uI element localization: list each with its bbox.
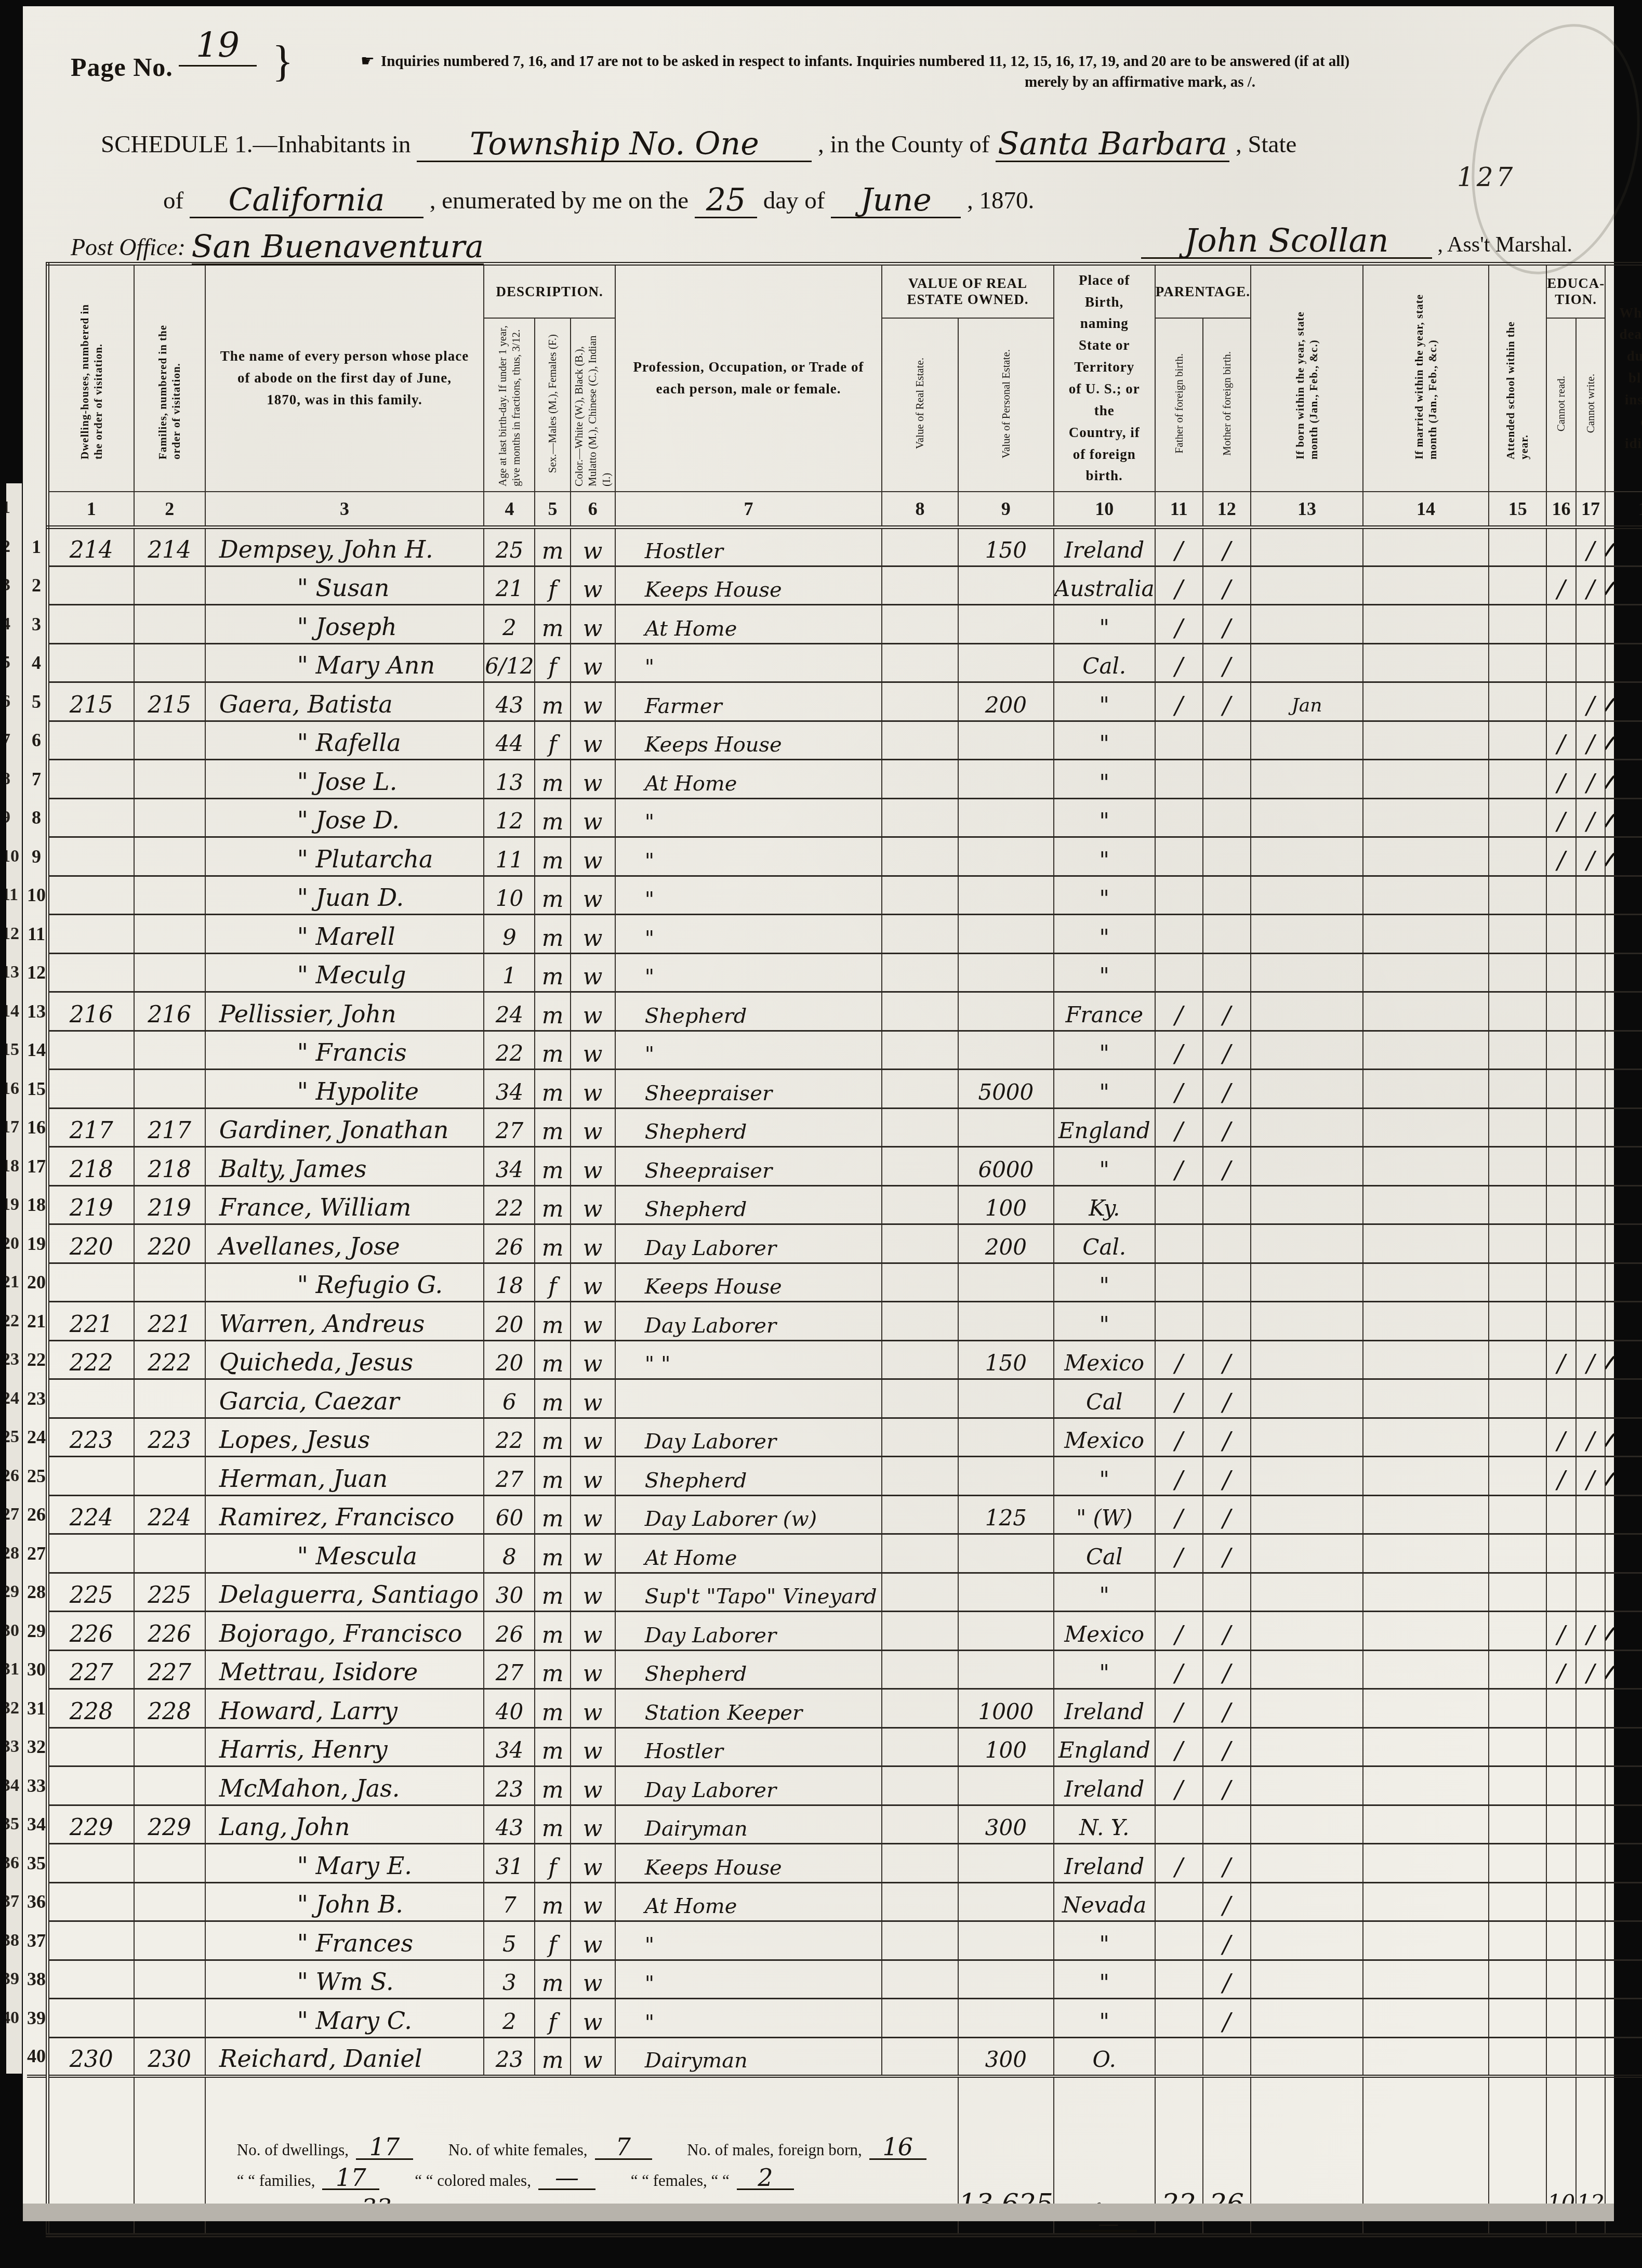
col-header-born-month: If born within the year, state month (Ja… [1251, 264, 1363, 492]
census-row-27: 27" Mescula8mwAt HomeCal//27 [27, 1534, 1642, 1573]
census-row-33: 33McMahon, Jas.23mwDay LaborerIreland///… [27, 1766, 1642, 1805]
cell-c8 [882, 1999, 958, 2038]
cell-c4: 34 [484, 1728, 535, 1766]
cell-c8 [882, 1457, 958, 1496]
cell-c17 [1576, 1921, 1606, 1960]
cell-c11: / [1155, 1650, 1203, 1689]
cell-c7: Day Laborer [615, 1612, 882, 1651]
cell-c9: 150 [958, 1340, 1054, 1379]
cell-c11 [1155, 2037, 1203, 2076]
cell-c4: 31 [484, 1844, 535, 1883]
line-number-left: 13 [27, 992, 48, 1031]
cell-c17 [1576, 1147, 1606, 1186]
cell-c1: 220 [48, 1224, 134, 1263]
cell-c5: m [535, 1650, 570, 1689]
column-number-12: 12 [1203, 492, 1251, 528]
cell-c8 [882, 1379, 958, 1418]
cell-c14 [1363, 1418, 1489, 1457]
cell-c8 [882, 1534, 958, 1573]
cell-c9 [958, 876, 1054, 915]
cell-c16: / [1546, 760, 1576, 799]
col-header-father-foreign: Father of foreign birth. [1155, 318, 1203, 492]
cell-c6: w [571, 1185, 615, 1224]
cell-c12 [1203, 953, 1251, 992]
col-header-real-estate: Value of Real Estate. [882, 318, 958, 492]
cell-c10: Mexico [1054, 1418, 1155, 1457]
cell-c13 [1251, 953, 1363, 992]
cell-c9: 300 [958, 2037, 1054, 2076]
cell-c13: Jan [1251, 682, 1363, 721]
foreign-born-females-count: 2 [737, 2167, 794, 2190]
cell-c1 [48, 1534, 134, 1573]
cell-c5: m [535, 1534, 570, 1573]
cell-c1: 230 [48, 2037, 134, 2076]
cell-c4: 11 [484, 837, 535, 876]
county-prefix: , in the County of [818, 131, 989, 158]
cell-c13 [1251, 1844, 1363, 1883]
cell-c4: 6 [484, 1379, 535, 1418]
cell-c4: 22 [484, 1418, 535, 1457]
cell-c7: Shepherd [615, 1108, 882, 1147]
marshal-signature-block: John Scollan , Ass't Marshal. [1141, 223, 1572, 259]
cell-c6: w [571, 643, 615, 682]
cell-c1 [48, 1999, 134, 2038]
cell-c12 [1203, 760, 1251, 799]
cell-c18 [1605, 1031, 1642, 1070]
cell-c9 [958, 1844, 1054, 1883]
cell-c10: " [1054, 1573, 1155, 1612]
cell-c8 [882, 1612, 958, 1651]
cell-c4: 2 [484, 1999, 535, 2038]
cell-c5: f [535, 643, 570, 682]
cell-c7: At Home [615, 1882, 882, 1921]
cell-c16 [1546, 1844, 1576, 1883]
cell-c4: 44 [484, 721, 535, 760]
cell-c3: Bojorago, Francisco [205, 1612, 484, 1651]
cell-c18 [1605, 1728, 1642, 1766]
cell-c12 [1203, 721, 1251, 760]
cell-c2: 216 [134, 992, 205, 1031]
cell-c9: 100 [958, 1185, 1054, 1224]
cell-c10: " [1054, 1263, 1155, 1302]
cell-c7: Shepherd [615, 992, 882, 1031]
margin-blank [27, 492, 48, 528]
cell-c18: ✓ [1605, 1340, 1642, 1379]
cell-c18: ✓ [1605, 1418, 1642, 1457]
col-header-age: Age at last birth-day. If under 1 year, … [484, 318, 535, 492]
cell-c8 [882, 643, 958, 682]
cell-c13 [1251, 1224, 1363, 1263]
cell-c13 [1251, 837, 1363, 876]
cell-c7: " [615, 1999, 882, 2038]
cell-c15 [1489, 1534, 1546, 1573]
cell-c6: w [571, 837, 615, 876]
cell-c13 [1251, 992, 1363, 1031]
cell-c12 [1203, 876, 1251, 915]
cell-c1 [48, 1844, 134, 1883]
cell-c14 [1363, 1534, 1489, 1573]
cell-c18: ✓ [1605, 760, 1642, 799]
cell-c2 [134, 1844, 205, 1883]
cell-c17: / [1576, 1418, 1606, 1457]
cell-c9 [958, 1379, 1054, 1418]
cell-c1: 226 [48, 1612, 134, 1651]
cell-c8 [882, 1573, 958, 1612]
census-row-16: 16217217Gardiner, Jonathan27mwShepherdEn… [27, 1108, 1642, 1147]
cell-c17 [1576, 1728, 1606, 1766]
cell-c2: 226 [134, 1612, 205, 1651]
cell-c11 [1155, 1263, 1203, 1302]
cell-c18: ✓ [1605, 1650, 1642, 1689]
cell-c15 [1489, 1457, 1546, 1496]
cell-c10: France [1054, 992, 1155, 1031]
cell-c18 [1605, 915, 1642, 954]
cell-c7: " [615, 876, 882, 915]
column-number-5: 5 [535, 492, 570, 528]
cell-c17 [1576, 1185, 1606, 1224]
cell-c15 [1489, 643, 1546, 682]
cell-c13 [1251, 798, 1363, 837]
cell-c5: m [535, 1960, 570, 1999]
cell-c14 [1363, 2037, 1489, 2076]
cell-c6: w [571, 1457, 615, 1496]
bleed-line-number: 29 [6, 1582, 19, 1602]
cell-c2 [134, 1921, 205, 1960]
cell-c10: " [1054, 1999, 1155, 2038]
cell-c16 [1546, 1921, 1576, 1960]
cell-c17: / [1576, 721, 1606, 760]
census-row-14: 14" Francis22mw""//14 [27, 1031, 1642, 1070]
cell-c6: w [571, 1573, 615, 1612]
cell-c15 [1489, 721, 1546, 760]
cell-c18 [1605, 1379, 1642, 1418]
cell-c8 [882, 1960, 958, 1999]
cell-c13 [1251, 915, 1363, 954]
cell-c15 [1489, 1573, 1546, 1612]
column-number-4: 4 [484, 492, 535, 528]
cell-c14 [1363, 682, 1489, 721]
cell-c7: Day Laborer [615, 1302, 882, 1341]
cell-c15 [1489, 1263, 1546, 1302]
cell-c3: Quicheda, Jesus [205, 1340, 484, 1379]
cell-c1 [48, 798, 134, 837]
census-row-24: 24223223Lopes, Jesus22mwDay LaborerMexic… [27, 1418, 1642, 1457]
cell-c8 [882, 528, 958, 566]
cell-c15 [1489, 2037, 1546, 2076]
cell-c9: 125 [958, 1495, 1054, 1534]
cell-c4: 22 [484, 1031, 535, 1070]
cell-c2 [134, 876, 205, 915]
cell-c2 [134, 1766, 205, 1805]
cell-c6: w [571, 528, 615, 566]
cell-c8 [882, 1728, 958, 1766]
cell-c14 [1363, 1340, 1489, 1379]
line-number-left: 34 [27, 1805, 48, 1844]
census-row-35: 35" Mary E.31fwKeeps HouseIreland///35 [27, 1844, 1642, 1883]
cell-c3: " Meculg [205, 953, 484, 992]
cell-c5: m [535, 1418, 570, 1457]
cell-c17: / [1576, 798, 1606, 837]
cell-c17: / [1576, 566, 1606, 605]
cell-c16 [1546, 1689, 1576, 1728]
bleed-line-number: 20 [6, 1234, 19, 1254]
page-no-label: Page No. [71, 52, 173, 82]
cell-c12: / [1203, 1960, 1251, 1999]
cell-c9 [958, 915, 1054, 954]
line-number-left: 37 [27, 1921, 48, 1960]
cell-c9 [958, 1766, 1054, 1805]
column-number-18: 18 [1605, 492, 1642, 528]
cell-c15 [1489, 1147, 1546, 1186]
cell-c1: 218 [48, 1147, 134, 1186]
cell-c3: Howard, Larry [205, 1689, 484, 1728]
cell-c15 [1489, 1728, 1546, 1766]
cell-c12 [1203, 2037, 1251, 2076]
cell-c3: " Mary Ann [205, 643, 484, 682]
cell-c11 [1155, 1805, 1203, 1844]
cell-c8 [882, 876, 958, 915]
cell-c7: Day Laborer [615, 1224, 882, 1263]
census-row-40: 40230230Reichard, Daniel23mwDairyman300O… [27, 2037, 1642, 2076]
cell-c12: / [1203, 1147, 1251, 1186]
census-row-4: 4" Mary Ann6/12fw"Cal.//4 [27, 643, 1642, 682]
cell-c9 [958, 1960, 1054, 1999]
cell-c10: " [1054, 1147, 1155, 1186]
cell-c15 [1489, 1882, 1546, 1921]
bleed-line-number: 32 [6, 1698, 19, 1718]
cell-c11: / [1155, 992, 1203, 1031]
cell-c18 [1605, 1689, 1642, 1728]
bleed-line-number: 23 [6, 1350, 19, 1369]
cell-c9 [958, 992, 1054, 1031]
bleed-line-number: 26 [6, 1466, 19, 1486]
cell-c10: " [1054, 1650, 1155, 1689]
census-row-5: 5215215Gaera, Batista43mwFarmer200"//Jan… [27, 682, 1642, 721]
cell-c14 [1363, 1573, 1489, 1612]
cell-c11: / [1155, 1340, 1203, 1379]
cell-c7: Keeps House [615, 1263, 882, 1302]
cell-c10: Ireland [1054, 1689, 1155, 1728]
cell-c13 [1251, 1612, 1363, 1651]
column-number-8: 8 [882, 492, 958, 528]
cell-c1 [48, 1766, 134, 1805]
cell-c16 [1546, 1573, 1576, 1612]
cell-c15 [1489, 1999, 1546, 2038]
cell-c17 [1576, 1379, 1606, 1418]
cell-c2 [134, 1031, 205, 1070]
cell-c15 [1489, 953, 1546, 992]
cell-c16 [1546, 1495, 1576, 1534]
cell-c16 [1546, 915, 1576, 954]
cell-c7: Shepherd [615, 1185, 882, 1224]
cell-c8 [882, 605, 958, 644]
cell-c1 [48, 1921, 134, 1960]
cell-c11 [1155, 760, 1203, 799]
cell-c3: Avellanes, Jose [205, 1224, 484, 1263]
cell-c13 [1251, 1882, 1363, 1921]
margin-blank [27, 318, 48, 492]
cell-c9 [958, 1457, 1054, 1496]
cell-c8 [882, 1263, 958, 1302]
cell-c1 [48, 1457, 134, 1496]
cell-c1 [48, 760, 134, 799]
cell-c2 [134, 798, 205, 837]
cell-c11: / [1155, 1844, 1203, 1883]
cell-c15 [1489, 528, 1546, 566]
cell-c7: At Home [615, 760, 882, 799]
cell-c10: Ireland [1054, 1766, 1155, 1805]
cell-c6: w [571, 1728, 615, 1766]
cell-c3: " Hypolite [205, 1070, 484, 1109]
cell-c7: Keeps House [615, 1844, 882, 1883]
cell-c12: / [1203, 1766, 1251, 1805]
cell-c18 [1605, 1302, 1642, 1341]
cell-c6: w [571, 760, 615, 799]
cell-c2: 228 [134, 1689, 205, 1728]
cell-c9 [958, 721, 1054, 760]
cell-c16: / [1546, 837, 1576, 876]
line-number-left: 21 [27, 1302, 48, 1341]
cell-c16 [1546, 1031, 1576, 1070]
cell-c8 [882, 1340, 958, 1379]
cell-c2 [134, 837, 205, 876]
cell-c7: " [615, 1960, 882, 1999]
column-number-11: 11 [1155, 492, 1203, 528]
cell-c6: w [571, 953, 615, 992]
cell-c12 [1203, 837, 1251, 876]
cell-c2 [134, 1960, 205, 1999]
cell-c3: " Francis [205, 1031, 484, 1070]
cell-c10: Ireland [1054, 528, 1155, 566]
cell-c14 [1363, 1070, 1489, 1109]
cell-c4: 23 [484, 2037, 535, 2076]
cell-c3: Herman, Juan [205, 1457, 484, 1496]
cell-c5: f [535, 721, 570, 760]
cell-c11: / [1155, 643, 1203, 682]
cell-c15 [1489, 1379, 1546, 1418]
cell-c10: England [1054, 1108, 1155, 1147]
cell-c3: Gardiner, Jonathan [205, 1108, 484, 1147]
cell-c1: 227 [48, 1650, 134, 1689]
cell-c16 [1546, 1379, 1576, 1418]
cell-c17: / [1576, 1650, 1606, 1689]
cell-c13 [1251, 566, 1363, 605]
cell-c9 [958, 1108, 1054, 1147]
cell-c18: ✓ [1605, 1457, 1642, 1496]
cell-c6: w [571, 1650, 615, 1689]
cell-c8 [882, 1882, 958, 1921]
bleed-line-number: 28 [6, 1544, 19, 1563]
cell-c2: 223 [134, 1418, 205, 1457]
col-header-dwellings: Dwelling-houses, numbered in the order o… [48, 264, 134, 492]
cell-c7: Station Keeper [615, 1689, 882, 1728]
census-row-31: 31228228Howard, Larry40mwStation Keeper1… [27, 1689, 1642, 1728]
cell-c11: / [1155, 1728, 1203, 1766]
note-line-2: merely by an affirmative mark, as /. [361, 72, 1587, 93]
cell-c8 [882, 1031, 958, 1070]
cell-c13 [1251, 1960, 1363, 1999]
cell-c10: " [1054, 953, 1155, 992]
cell-c13 [1251, 1263, 1363, 1302]
cell-c4: 8 [484, 1534, 535, 1573]
cell-c6: w [571, 682, 615, 721]
line-number-left: 38 [27, 1960, 48, 1999]
cell-c11: / [1155, 1689, 1203, 1728]
column-number-10: 10 [1054, 492, 1155, 528]
cell-c8 [882, 798, 958, 837]
col-header-cannot-write: Cannot write. [1576, 318, 1606, 492]
cell-c2: 220 [134, 1224, 205, 1263]
cell-c14 [1363, 1999, 1489, 2038]
cell-c17: / [1576, 528, 1606, 566]
cell-c13 [1251, 1573, 1363, 1612]
cell-c4: 34 [484, 1070, 535, 1109]
cell-c13 [1251, 1418, 1363, 1457]
cell-c14 [1363, 1766, 1489, 1805]
cell-c10: Nevada [1054, 1882, 1155, 1921]
cell-c7: " [615, 953, 882, 992]
census-row-21: 21221221Warren, Andreus20mwDay Laborer"2… [27, 1302, 1642, 1341]
cell-c11 [1155, 798, 1203, 837]
census-row-7: 7" Jose L.13mwAt Home"//✓7 [27, 760, 1642, 799]
cell-c12: / [1203, 1689, 1251, 1728]
cell-c4: 18 [484, 1263, 535, 1302]
page-no-value: 19 [179, 25, 257, 67]
cell-c17 [1576, 1263, 1606, 1302]
column-number-14: 14 [1363, 492, 1489, 528]
cell-c2 [134, 1263, 205, 1302]
cell-c12 [1203, 1224, 1251, 1263]
cell-c18 [1605, 992, 1642, 1031]
cell-c10: " [1054, 1070, 1155, 1109]
bleed-line-number: 6 [6, 692, 10, 711]
cell-c16: / [1546, 721, 1576, 760]
cell-c8 [882, 1805, 958, 1844]
cell-c17 [1576, 1805, 1606, 1844]
cell-c10: Ky. [1054, 1185, 1155, 1224]
cell-c10: N. Y. [1054, 1805, 1155, 1844]
bleed-line-number: 37 [6, 1892, 19, 1911]
census-row-17: 17218218Balty, James34mwSheepraiser6000"… [27, 1147, 1642, 1186]
cell-c17 [1576, 1031, 1606, 1070]
cell-c18 [1605, 1185, 1642, 1224]
cell-c11 [1155, 1921, 1203, 1960]
cell-c4: 20 [484, 1340, 535, 1379]
cell-c16 [1546, 1766, 1576, 1805]
line-number-left: 22 [27, 1340, 48, 1379]
schedule-line: SCHEDULE 1.—Inhabitants in Township No. … [101, 126, 1608, 160]
census-row-6: 6" Rafella44fwKeeps House"//✓6 [27, 721, 1642, 760]
cell-c7: Day Laborer [615, 1766, 882, 1805]
cell-c7: Shepherd [615, 1650, 882, 1689]
cell-c11: / [1155, 1612, 1203, 1651]
cell-c6: w [571, 1302, 615, 1341]
cell-c6: w [571, 876, 615, 915]
cell-c17 [1576, 1573, 1606, 1612]
cell-c11 [1155, 1302, 1203, 1341]
cell-c12: / [1203, 1457, 1251, 1496]
cell-c13 [1251, 876, 1363, 915]
cell-c11: / [1155, 1534, 1203, 1573]
cell-c12: / [1203, 1534, 1251, 1573]
cell-c2: 221 [134, 1302, 205, 1341]
cell-c5: m [535, 876, 570, 915]
cell-c6: w [571, 1534, 615, 1573]
cell-c8 [882, 1147, 958, 1186]
cell-c16: / [1546, 1457, 1576, 1496]
summary-line-2: “ “ families,17 “ “ colored males,— “ “ … [237, 2167, 958, 2190]
cell-c16 [1546, 1302, 1576, 1341]
